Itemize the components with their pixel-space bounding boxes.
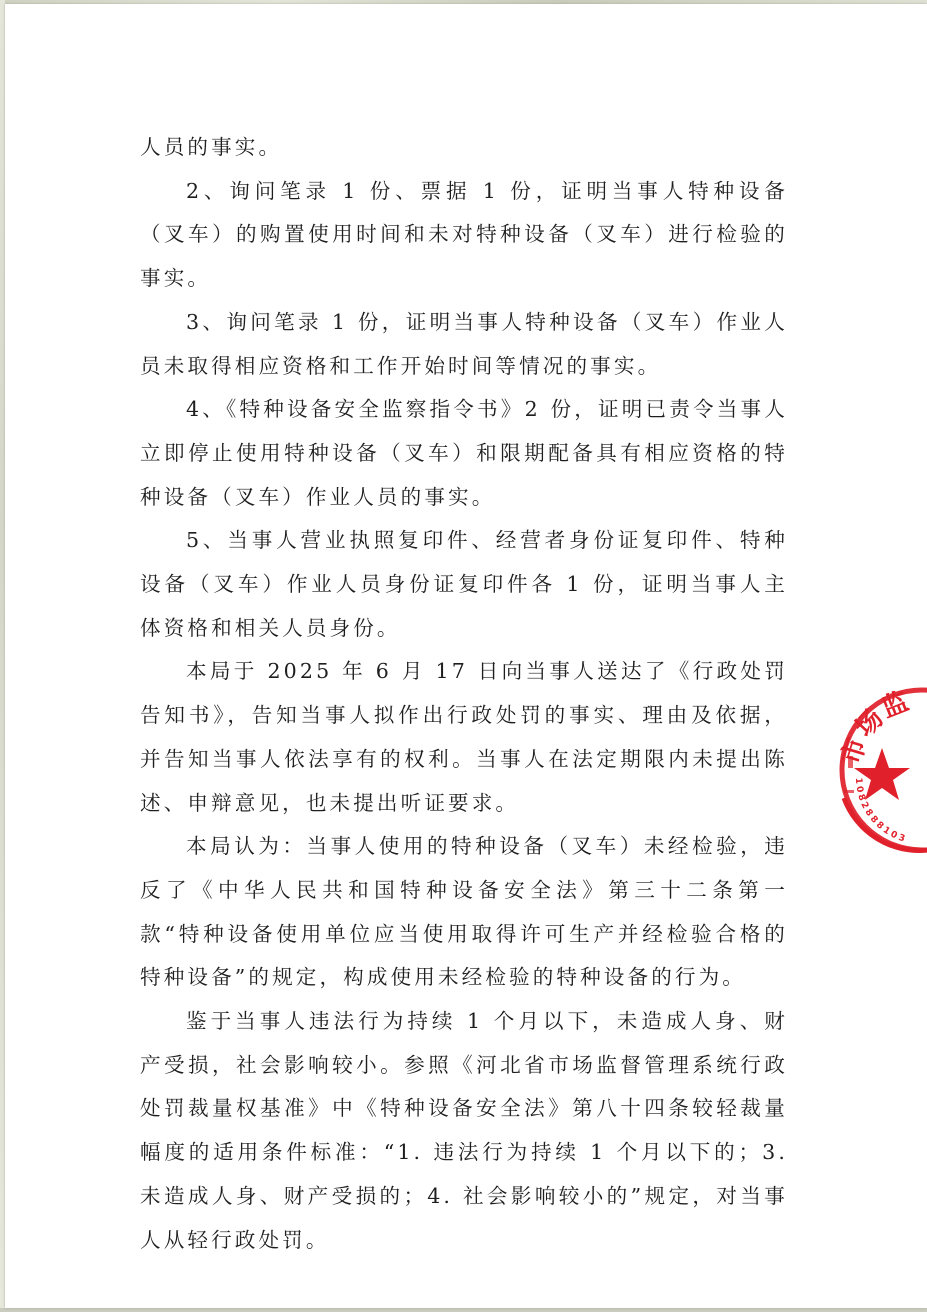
seal-top-text: 市场监 — [838, 686, 915, 768]
paragraph-finding: 本局认为：当事人使用的特种设备（叉车）未经检验，违反了《中华人民共和国特种设备安… — [140, 825, 788, 1000]
paragraph-evidence-3: 3、询问笔录 1 份，证明当事人特种设备（叉车）作业人员未取得相应资格和工作开始… — [140, 301, 788, 388]
paragraph-discretion: 鉴于当事人违法行为持续 1 个月以下，未造成人身、财产受损，社会影响较小。参照《… — [140, 1000, 788, 1262]
paragraph-evidence-4: 4、《特种设备安全监察指令书》2 份，证明已责令当事人立即停止使用特种设备（叉车… — [140, 388, 788, 519]
paragraph-evidence-5: 5、当事人营业执照复印件、经营者身份证复印件、特种设备（叉车）作业人员身份证复印… — [140, 519, 788, 650]
official-seal: 市场监 1082888103 — [838, 686, 927, 854]
paragraph-notice: 本局于 2025 年 6 月 17 日向当事人送达了《行政处罚告知书》，告知当事… — [140, 650, 788, 825]
paragraph-evidence-2: 2、询问笔录 1 份、票据 1 份，证明当事人特种设备（叉车）的购置使用时间和未… — [140, 170, 788, 301]
document-body: 人员的事实。 2、询问笔录 1 份、票据 1 份，证明当事人特种设备（叉车）的购… — [140, 126, 788, 1262]
scan-bottom-edge — [0, 1308, 927, 1312]
paragraph-continuation: 人员的事实。 — [140, 126, 788, 170]
